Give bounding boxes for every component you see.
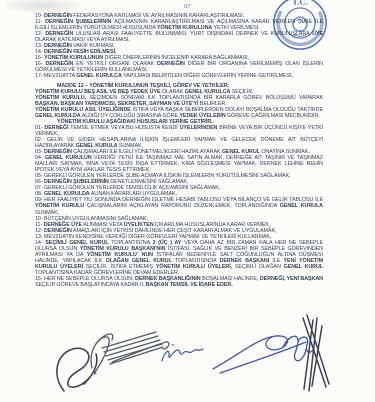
document-text: 10- DERNEĞİN FEDERASYONA KATILMASI VE AY… [35, 13, 323, 288]
stamp-rings [274, 0, 326, 49]
bylaw-paragraph: YÖNETİM KURULU, SEÇİMDEN SONRAKİ İLK TOP… [35, 95, 323, 107]
signature-5 [303, 315, 329, 391]
bylaw-paragraph: 09- HER FAALİYET YILI SONUNDA DERNEĞİN İ… [35, 197, 323, 215]
bylaw-paragraph: 01- DERNEĞİ TEMSİL ETMEK VEYA BU HUSUSTA… [35, 125, 323, 137]
signature-4 [213, 336, 313, 373]
signature-2 [91, 332, 174, 374]
bylaw-paragraph: YÖNETİM KURULU ASIL ÜYELİĞİNDE İSTİFA VE… [35, 107, 323, 119]
signature-1 [57, 348, 97, 391]
signature-3 [160, 347, 203, 361]
bylaw-paragraph: 14- SEÇİMLİ GENEL KURUL TOPLANTISI'NA 3 … [35, 240, 323, 276]
bylaw-paragraph: 15- HER NE SEBEPLE OLURSA OLSUN, DERNEK … [35, 276, 323, 288]
bylaw-paragraph: 17- MEVZUATTA GENEL KURULCA YAPILMASI BE… [35, 73, 323, 79]
bylaw-paragraph: 04- GENEL KURULUN VERDİĞİ YETKİ İLE TAŞI… [35, 155, 323, 173]
official-stamp-seal: T.C. [271, 0, 329, 52]
bylaw-paragraph: 16- DERNEĞİN EN YETKİLİ ORGANI OLARAK DE… [35, 61, 323, 73]
bylaw-paragraph: 02- GELİR VE GİDER HESAPLARINA İLİŞKİN İ… [35, 137, 323, 149]
stamp-tc-text: T.C. [292, 0, 308, 6]
